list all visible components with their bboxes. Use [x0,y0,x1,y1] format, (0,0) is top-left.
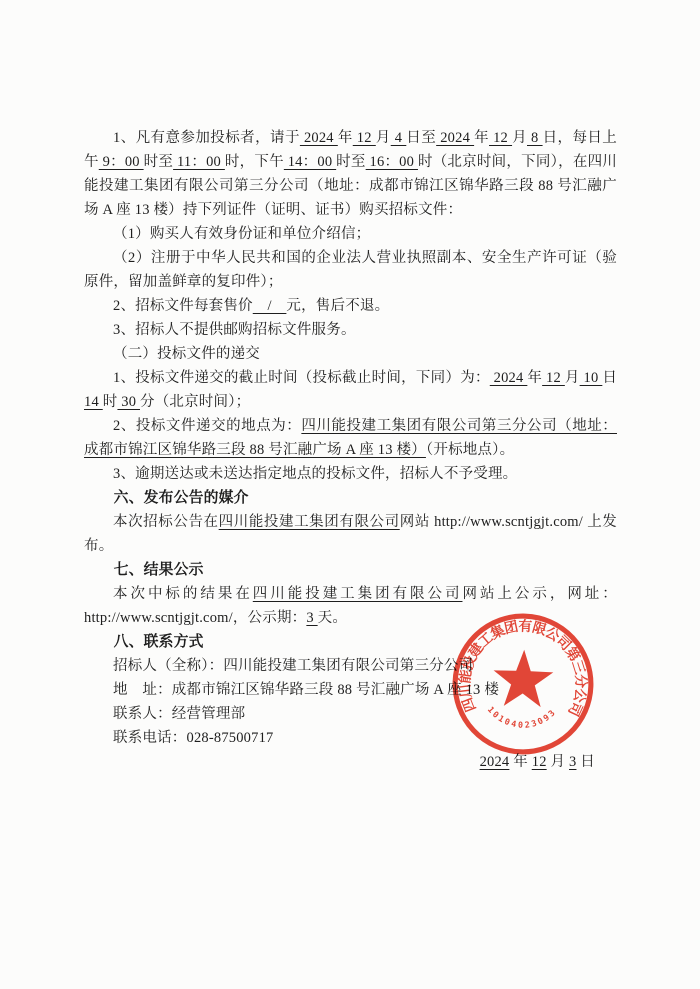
filled-blank: 10 [580,370,603,386]
paragraph-late-delivery: 3、逾期送达或未送达指定地点的投标文件，招标人不予受理。 [84,462,617,486]
text-run: （二）投标文件的递交 [113,346,260,362]
text-run: 1、凡有意参加投标者，请于 [113,130,300,146]
filled-blank: 2024 [300,130,338,146]
text-run: 招标人（全称）：四川能投建工集团有限公司第三分公司 [113,658,473,674]
filled-blank: 12 [532,754,547,770]
text-run: 本次招标公告在 [113,514,219,530]
filled-blank: 四川能投建工集团有限公司 [219,514,400,530]
filled-blank: 11：00 [173,154,225,170]
text-run: 时 [103,394,118,410]
filled-blank: 2024 [490,370,528,386]
filled-blank: 16：00 [366,154,418,170]
paragraph-document-price: 2、招标文件每套售价 / 元，售后不退。 [84,294,617,318]
filled-blank: 12 [353,130,376,146]
text-run: 年 [509,754,531,770]
filled-blank: 2024 [436,130,474,146]
section-title-submission: （二）投标文件的递交 [84,342,617,366]
heading-result-publicity: 七、结果公示 [84,558,617,582]
paragraph-no-mail-order: 3、招标人不提供邮购招标文件服务。 [84,318,617,342]
text-run: 年 [527,370,542,386]
text-run: 时至 [144,154,173,170]
text-run: 月 [565,370,580,386]
filled-blank: 30 [117,394,140,410]
text-run: 六、发布公告的媒介 [114,490,249,506]
text-run: 八、联系方式 [114,634,204,650]
signature-date: 2024 年 12 月 3 日 [84,750,617,774]
filled-blank: 14：00 [284,154,336,170]
filled-blank: 8 [527,130,543,146]
text-run: 分（北京时间）； [140,394,250,410]
paragraph-submission-deadline: 1、投标文件递交的截止时间（投标截止时间，下同）为： 2024 年 12 月 1… [84,366,617,414]
paragraph-submission-place: 2、投标文件递交的地点为：四川能投建工集团有限公司第三分公司（地址：成都市锦江区… [84,414,617,462]
text-run: （1）购买人有效身份证和单位介绍信； [113,226,370,242]
paragraph-media-body: 本次招标公告在四川能投建工集团有限公司网站 http://www.scntjgj… [84,510,617,558]
text-run: 联系人：经营管理部 [113,706,245,722]
text-run: 月 [547,754,569,770]
paragraph-certificate-1: （1）购买人有效身份证和单位介绍信； [84,222,617,246]
text-run: 日 [602,370,617,386]
text-run: 2、投标文件递交的地点为： [113,418,301,434]
document-body: 1、凡有意参加投标者，请于 2024 年 12 月 4 日至 2024 年 12… [84,126,617,774]
text-run: 月 [376,130,391,146]
paragraph-contact-person: 联系人：经营管理部 [84,702,617,726]
text-run: （开标地点）。 [426,442,514,458]
paragraph-tenderer-name: 招标人（全称）：四川能投建工集团有限公司第三分公司 [84,654,617,678]
text-run: 日 [576,754,595,770]
heading-announcement-media: 六、发布公告的媒介 [84,486,617,510]
text-run: 年 [474,130,489,146]
text-run: （2）注册于中华人民共和国的企业法人营业执照副本、安全生产许可证（验原件，留加盖… [84,250,617,290]
paragraph-tenderer-address: 地 址：成都市锦江区锦华路三段 88 号汇融广场 A 座 13 楼 [84,678,617,702]
text-run: 地 址：成都市锦江区锦华路三段 88 号汇融广场 A 座 13 楼 [113,682,499,698]
text-run: 天。 [318,610,347,626]
text-run: 2、招标文件每套售价 [113,298,253,314]
text-run: 1、投标文件递交的截止时间（投标截止时间，下同）为： [113,370,490,386]
paragraph-result-body: 本次中标的结果在四川能投建工集团有限公司网站上公示，网址：http://www.… [84,582,617,630]
text-run: 元，售后不退。 [286,298,389,314]
paragraph-purchase-window: 1、凡有意参加投标者，请于 2024 年 12 月 4 日至 2024 年 12… [84,126,617,222]
text-run: 月 [512,130,527,146]
text-run: 3、招标人不提供邮购招标文件服务。 [113,322,356,338]
filled-blank: 12 [542,370,565,386]
filled-blank: 14 [84,394,103,410]
text-run: 年 [338,130,353,146]
text-run: 时至 [336,154,365,170]
filled-blank: 12 [489,130,512,146]
paragraph-certificate-2: （2）注册于中华人民共和国的企业法人营业执照副本、安全生产许可证（验原件，留加盖… [84,246,617,294]
filled-blank: 9：00 [99,154,144,170]
text-run: 七、结果公示 [114,562,204,578]
text-run: 时，下午 [225,154,284,170]
text-run: 日至 [406,130,436,146]
filled-blank: 四川能投建工集团有限公司 [253,586,463,602]
text-run: 联系电话：028-87500717 [113,730,273,746]
filled-blank: / [253,298,287,314]
filled-blank: 2024 [480,754,510,770]
heading-contact-info: 八、联系方式 [84,630,617,654]
text-run: 本次中标的结果在 [113,586,253,602]
filled-blank: 4 [391,130,407,146]
paragraph-contact-phone: 联系电话：028-87500717 [84,726,617,750]
filled-blank: 3 [306,610,317,626]
text-run: 3、逾期送达或未送达指定地点的投标文件，招标人不予受理。 [113,466,517,482]
